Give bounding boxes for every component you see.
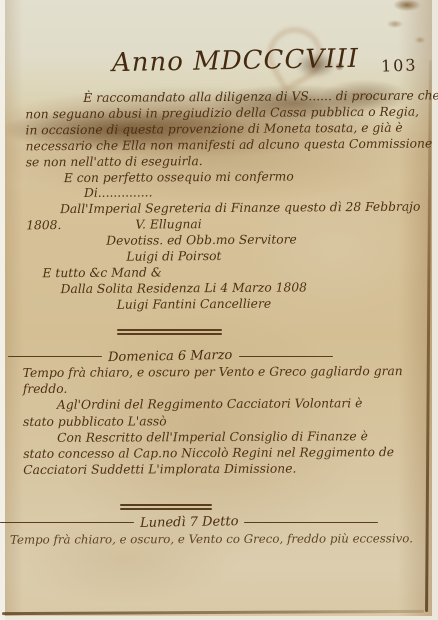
- entry-date-label: Domenica 6 Marzo: [108, 348, 233, 365]
- entry-heading-monday: Lunedì 7 Detto: [0, 515, 378, 530]
- divider-line: [120, 508, 212, 510]
- year-title: Anno MDCCCVIII: [112, 44, 359, 78]
- letter-line: necessario che Ella non manifesti ad alc…: [26, 136, 412, 155]
- folio-number: 103: [381, 55, 418, 75]
- letter-place: V. Ellugnai: [135, 217, 201, 231]
- divider-double-rule: [120, 504, 212, 512]
- chancellor-signature: Luigi Fantini Cancelliere: [117, 295, 413, 313]
- entry-line: Tempo frà chiaro, e oscuro per Vento e G…: [23, 363, 415, 381]
- divider-double-rule: [117, 329, 222, 337]
- entry-heading-sunday: Domenica 6 Marzo: [8, 349, 333, 364]
- letter-dateline: Dall'Imperial Segreteria di Finanze ques…: [60, 200, 412, 218]
- entry-line: Con Rescritto dell'Imperial Consiglio di…: [57, 428, 415, 446]
- divider-line: [120, 504, 212, 506]
- heading-rule-left: [0, 522, 134, 524]
- divider-line: [117, 333, 222, 335]
- entry-line: stato concesso al Cap.no Niccolò Regini …: [23, 444, 415, 462]
- letter-year: 1808.: [26, 218, 61, 232]
- divider-line: [117, 329, 222, 331]
- heading-rule-right: [239, 356, 333, 358]
- letter-body: È raccomandato alla diligenza di VS.....…: [25, 89, 413, 314]
- manuscript-scan: Anno MDCCCVIII 103 È raccomandato alla d…: [0, 0, 438, 620]
- entry-sunday-body: Tempo frà chiaro, e oscuro per Vento e G…: [23, 363, 416, 478]
- entry-line: Agl'Ordini del Reggimento Cacciatori Vol…: [57, 395, 415, 413]
- entry-monday-body: Tempo frà chiaro, e oscuro, e Vento co G…: [10, 530, 420, 548]
- entry-date-label: Lunedì 7 Detto: [140, 514, 239, 531]
- heading-rule-right: [244, 522, 378, 524]
- entry-line: Cacciatori Suddetti L'implorata Dimissio…: [23, 460, 415, 478]
- heading-rule-left: [8, 356, 102, 358]
- entry-line: Tempo frà chiaro, e oscuro, e Vento co G…: [10, 530, 420, 548]
